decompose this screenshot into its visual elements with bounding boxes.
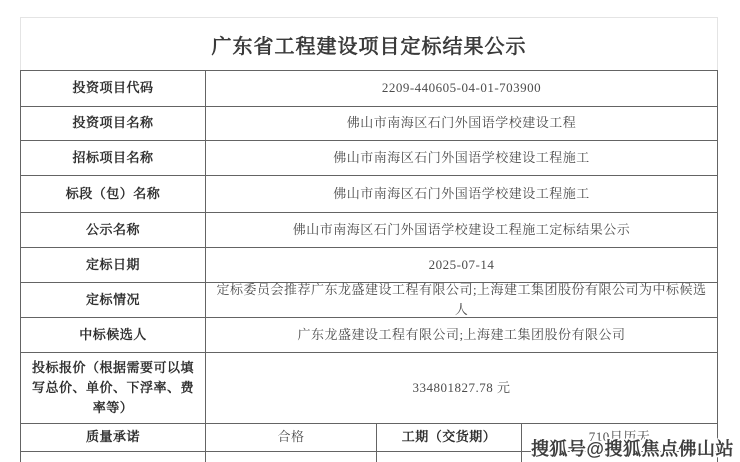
row-value: 定标委员会推荐广东龙盛建设工程有限公司;上海建工集团股份有限公司为中标候选人 [206, 283, 717, 317]
announcement-title-box: 广东省工程建设项目定标结果公示 [20, 17, 718, 70]
table-row-section-name: 标段（包）名称 佛山市南海区石门外国语学校建设工程施工 [21, 176, 717, 213]
row-label: 投资项目代码 [21, 71, 206, 106]
row-label: 招标项目名称 [21, 141, 206, 175]
duration-label: 工期（交货期） [377, 424, 522, 451]
row-value: 佛山市南海区石门外国语学校建设工程施工 [206, 141, 717, 175]
table-row-project-name: 投资项目名称 佛山市南海区石门外国语学校建设工程 [21, 107, 717, 141]
row-label: 公示名称 [21, 213, 206, 247]
table-row-winning-candidates: 中标候选人 广东龙盛建设工程有限公司;上海建工集团股份有限公司 [21, 318, 717, 353]
row-value: 2025-07-14 [206, 248, 717, 282]
page-title: 广东省工程建设项目定标结果公示 [212, 30, 527, 59]
row-label: 中标候选人 [21, 318, 206, 352]
table-row-award-situation: 定标情况 定标委员会推荐广东龙盛建设工程有限公司;上海建工集团股份有限公司为中标… [21, 283, 717, 318]
empty-cell [206, 452, 377, 462]
row-value: 佛山市南海区石门外国语学校建设工程 [206, 107, 717, 140]
row-value: 佛山市南海区石门外国语学校建设工程施工 [206, 176, 717, 212]
sohu-watermark: 搜狐号@搜狐焦点佛山站 [531, 435, 734, 461]
row-label: 定标日期 [21, 248, 206, 282]
row-value: 2209-440605-04-01-703900 [206, 71, 717, 106]
quality-value: 合格 [206, 424, 377, 451]
result-table: 投资项目代码 2209-440605-04-01-703900 投资项目名称 佛… [20, 70, 718, 462]
row-label: 投标报价（根据需要可以填写总价、单价、下浮率、费率等） [21, 353, 206, 423]
table-row-tender-project-name: 招标项目名称 佛山市南海区石门外国语学校建设工程施工 [21, 141, 717, 176]
table-row-announcement-name: 公示名称 佛山市南海区石门外国语学校建设工程施工定标结果公示 [21, 213, 717, 248]
announcement-page: 广东省工程建设项目定标结果公示 投资项目代码 2209-440605-04-01… [0, 0, 740, 462]
row-value: 佛山市南海区石门外国语学校建设工程施工定标结果公示 [206, 213, 717, 247]
row-label: 标段（包）名称 [21, 176, 206, 212]
row-value: 广东龙盛建设工程有限公司;上海建工集团股份有限公司 [206, 318, 717, 352]
empty-cell [377, 452, 522, 462]
row-label: 定标情况 [21, 283, 206, 317]
row-label: 投资项目名称 [21, 107, 206, 140]
table-row-award-date: 定标日期 2025-07-14 [21, 248, 717, 283]
row-label: 质量承诺 [21, 424, 206, 451]
table-row-project-code: 投资项目代码 2209-440605-04-01-703900 [21, 71, 717, 107]
empty-cell [21, 452, 206, 462]
table-row-bid-price: 投标报价（根据需要可以填写总价、单价、下浮率、费率等） 334801827.78… [21, 353, 717, 424]
row-value: 334801827.78 元 [206, 353, 717, 423]
